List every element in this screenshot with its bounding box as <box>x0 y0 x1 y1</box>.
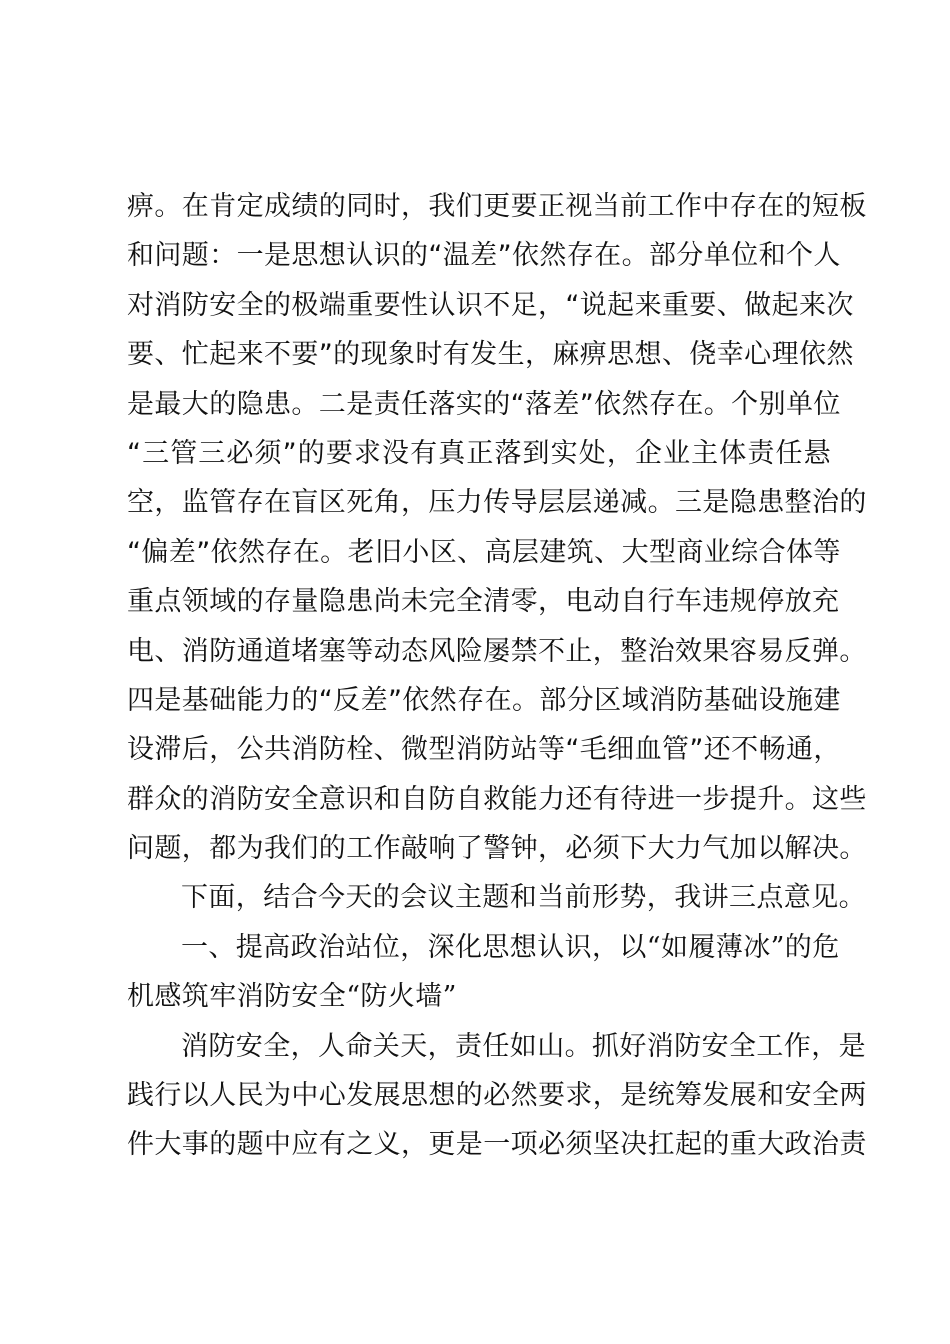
document-page: 痹。在肯定成绩的同时，我们更要正视当前工作中存在的短板 和问题：一是思想认识的“… <box>127 182 831 1170</box>
text-line: 重点领域的存量隐患尚未完全清零，电动自行车违规停放充 <box>127 577 831 626</box>
text-line: 要、忙起来不要”的现象时有发生，麻痹思想、侥幸心理依然 <box>127 330 831 379</box>
text-line: 践行以人民为中心发展思想的必然要求，是统筹发展和安全两 <box>127 1071 831 1120</box>
text-line: 问题，都为我们的工作敲响了警钟，必须下大力气加以解决。 <box>127 824 831 873</box>
text-line: 空，监管存在盲区死角，压力传导层层递减。三是隐患整治的 <box>127 478 831 527</box>
text-line: 消防安全，人命关天，责任如山。抓好消防安全工作，是 <box>127 1022 831 1071</box>
text-line: 件大事的题中应有之义，更是一项必须坚决扛起的重大政治责 <box>127 1120 831 1169</box>
heading-line: 机感筑牢消防安全“防火墙” <box>127 972 831 1021</box>
text-line: 对消防安全的极端重要性认识不足，“说起来重要、做起来次 <box>127 281 831 330</box>
paragraph-fire-safety: 消防安全，人命关天，责任如山。抓好消防安全工作，是 践行以人民为中心发展思想的必… <box>127 1022 831 1170</box>
text-line: 电、消防通道堵塞等动态风险屡禁不止，整治效果容易反弹。 <box>127 627 831 676</box>
text-line: 是最大的隐患。二是责任落实的“落差”依然存在。个别单位 <box>127 380 831 429</box>
section-heading-one: 一、提高政治站位，深化思想认识，以“如履薄冰”的危 机感筑牢消防安全“防火墙” <box>127 923 831 1022</box>
text-line: 痹。在肯定成绩的同时，我们更要正视当前工作中存在的短板 <box>127 182 831 231</box>
text-line: 下面，结合今天的会议主题和当前形势，我讲三点意见。 <box>127 873 831 922</box>
heading-line: 一、提高政治站位，深化思想认识，以“如履薄冰”的危 <box>127 923 831 972</box>
text-line: “三管三必须”的要求没有真正落到实处，企业主体责任悬 <box>127 429 831 478</box>
text-line: 和问题：一是思想认识的“温差”依然存在。部分单位和个人 <box>127 231 831 280</box>
paragraph-intro-three-points: 下面，结合今天的会议主题和当前形势，我讲三点意见。 <box>127 873 831 922</box>
paragraph-shortcomings: 痹。在肯定成绩的同时，我们更要正视当前工作中存在的短板 和问题：一是思想认识的“… <box>127 182 831 873</box>
text-line: 设滞后，公共消防栓、微型消防站等“毛细血管”还不畅通， <box>127 725 831 774</box>
text-line: 四是基础能力的“反差”依然存在。部分区域消防基础设施建 <box>127 676 831 725</box>
text-line: “偏差”依然存在。老旧小区、高层建筑、大型商业综合体等 <box>127 528 831 577</box>
text-line: 群众的消防安全意识和自防自救能力还有待进一步提升。这些 <box>127 775 831 824</box>
